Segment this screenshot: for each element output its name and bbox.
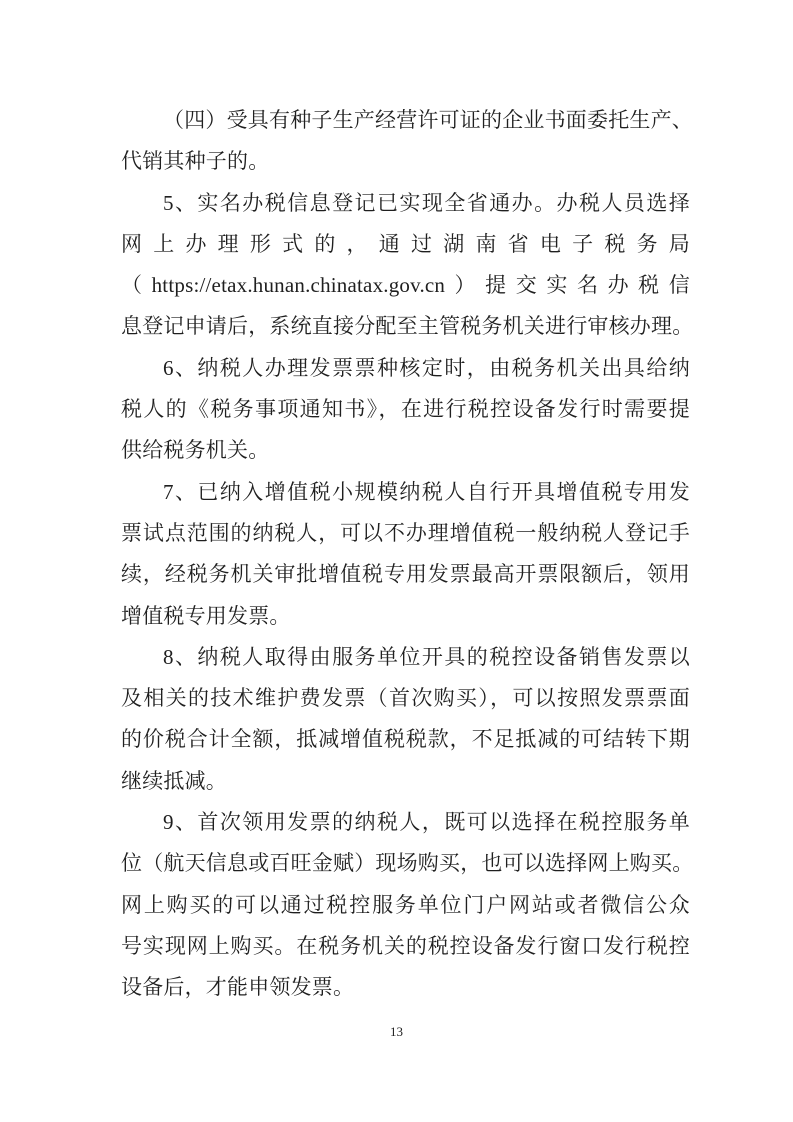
- document-body: （四）受具有种子生产经营许可证的企业书面委托生产、代销其种子的。5、实名办税信息…: [121, 100, 690, 1009]
- paragraph: 6、纳税人办理发票票种核定时，由税务机关出具给纳税人的《税务事项通知书》，在进行…: [121, 348, 690, 472]
- text-line: （四）受具有种子生产经营许可证的企业书面委托生产、: [121, 100, 690, 141]
- text-line: 号实现网上购买。在税务机关的税控设备发行窗口发行税控: [121, 926, 690, 967]
- text-line: 8、纳税人取得由服务单位开具的税控设备销售发票以: [121, 637, 690, 678]
- paragraph: （四）受具有种子生产经营许可证的企业书面委托生产、代销其种子的。: [121, 100, 690, 183]
- text-line: 5、实名办税信息登记已实现全省通办。办税人员选择: [121, 183, 690, 224]
- text-line: 设备后，才能申领发票。: [121, 967, 690, 1008]
- text-line: 继续抵减。: [121, 761, 690, 802]
- paragraph: 9、首次领用发票的纳税人，既可以选择在税控服务单位（航天信息或百旺金赋）现场购买…: [121, 802, 690, 1008]
- text-line: 供给税务机关。: [121, 430, 690, 471]
- text-line: 的价税合计全额，抵减增值税税款，不足抵减的可结转下期: [121, 719, 690, 760]
- text-line: （https://etax.hunan.chinatax.gov.cn）提交实名…: [121, 265, 690, 306]
- paragraph: 7、已纳入增值税小规模纳税人自行开具增值税专用发票试点范围的纳税人，可以不办理增…: [121, 472, 690, 637]
- text-line: 票试点范围的纳税人，可以不办理增值税一般纳税人登记手: [121, 513, 690, 554]
- text-line: 7、已纳入增值税小规模纳税人自行开具增值税专用发: [121, 472, 690, 513]
- text-line: 息登记申请后，系统直接分配至主管税务机关进行审核办理。: [121, 306, 690, 347]
- page-number: 13: [390, 1023, 403, 1040]
- text-line: 网上购买的可以通过税控服务单位门户网站或者微信公众: [121, 885, 690, 926]
- text-line: 网上办理形式的，通过湖南省电子税务局: [121, 224, 690, 265]
- text-line: 续，经税务机关审批增值税专用发票最高开票限额后，领用: [121, 554, 690, 595]
- text-line: 代销其种子的。: [121, 141, 690, 182]
- text-line: 增值税专用发票。: [121, 596, 690, 637]
- paragraph: 5、实名办税信息登记已实现全省通办。办税人员选择网上办理形式的，通过湖南省电子税…: [121, 183, 690, 348]
- text-line: 9、首次领用发票的纳税人，既可以选择在税控服务单: [121, 802, 690, 843]
- text-line: 位（航天信息或百旺金赋）现场购买，也可以选择网上购买。: [121, 843, 690, 884]
- text-line: 6、纳税人办理发票票种核定时，由税务机关出具给纳: [121, 348, 690, 389]
- page-footer: 13: [0, 1023, 793, 1041]
- text-line: 及相关的技术维护费发票（首次购买），可以按照发票票面: [121, 678, 690, 719]
- document-page: （四）受具有种子生产经营许可证的企业书面委托生产、代销其种子的。5、实名办税信息…: [0, 0, 793, 1122]
- paragraph: 8、纳税人取得由服务单位开具的税控设备销售发票以及相关的技术维护费发票（首次购买…: [121, 637, 690, 802]
- text-line: 税人的《税务事项通知书》，在进行税控设备发行时需要提: [121, 389, 690, 430]
